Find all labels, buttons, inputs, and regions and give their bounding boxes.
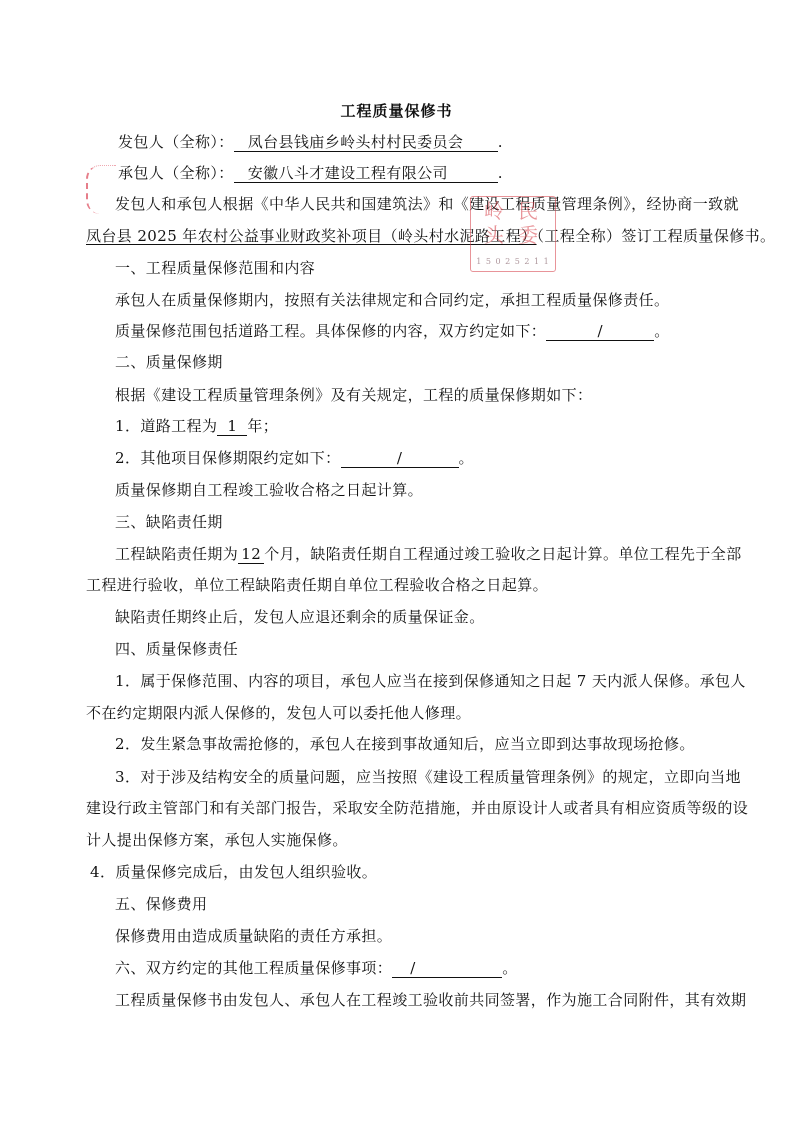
- project-name: 凤台县 2025 年农村公益事业财政奖补项目（岭头村水泥路工程）: [86, 227, 537, 245]
- section-4-item-1-line-2: 不在约定期限内派人保修的，发包人可以委托他人修理。: [86, 703, 471, 723]
- intro-line-1: 发包人和承包人根据《中华人民共和国建筑法》和《建设工程质量管理条例》，经协商一致…: [115, 194, 739, 214]
- employer-line: 发包人（全称）：凤台县钱庙乡岭头村村民委员会.: [118, 132, 503, 152]
- section-3-paragraph-1-line-2: 工程进行验收，单位工程缺陷责任期自单位工程验收合格之日起算。: [86, 575, 548, 595]
- intro-line-2: 凤台县 2025 年农村公益事业财政奖补项目（岭头村水泥路工程）（工程全称）签订…: [86, 226, 775, 246]
- section-4-item-3-line-3: 计人提出保修方案，承包人实施保修。: [86, 830, 348, 850]
- contractor-line: 承包人（全称）：安徽八斗才建设工程有限公司.: [118, 163, 503, 183]
- employer-suffix: .: [498, 133, 503, 151]
- section-2-item-2: 2．其他项目保修期限约定如下：/。: [115, 448, 474, 468]
- other-warranty-blank-field: /: [341, 449, 459, 468]
- stamp-code: 1 5 0 2 5 2 1 1: [471, 257, 555, 267]
- partial-seal-stamp-left-margin: [86, 165, 116, 214]
- closing-paragraph: 工程质量保修书由发包人、承包人在工程竣工验收前共同签署，作为施工合同附件，其有效…: [115, 990, 746, 1010]
- section-1-heading: 一、工程质量保修范围和内容: [115, 258, 315, 278]
- section-6-heading: 六、双方约定的其他工程质量保修事项：/。: [115, 958, 518, 978]
- defect-liability-months-field: 12: [238, 545, 264, 564]
- employer-label: 发包人（全称）：: [118, 133, 234, 151]
- section-5-paragraph-1: 保修费用由造成质量缺陷的责任方承担。: [115, 926, 392, 946]
- section-3-paragraph-2: 缺陷责任期终止后，发包人应退还剩余的质量保证金。: [115, 607, 485, 627]
- section-4-item-3: 3．对于涉及结构安全的质量问题，应当按照《建设工程质量管理条例》的规定，立即向当…: [115, 767, 741, 787]
- contractor-label: 承包人（全称）：: [118, 164, 234, 182]
- section-4-item-3-line-2: 建设行政主管部门和有关部门报告，采取安全防范措施，并由原设计人或者具有相应资质等…: [86, 798, 748, 818]
- road-warranty-years-field: 1: [217, 417, 247, 436]
- section-3-heading: 三、缺陷责任期: [115, 512, 223, 532]
- contractor-suffix: .: [498, 164, 503, 182]
- section-2-item-1: 1．道路工程为1年；: [115, 416, 278, 436]
- section-4-heading: 四、质量保修责任: [115, 639, 238, 659]
- scope-blank-field: /: [546, 322, 654, 341]
- document-title: 工程质量保修书: [0, 100, 793, 121]
- section-2-paragraph-1: 根据《建设工程质量管理条例》及有关规定，工程的质量保修期如下：: [115, 385, 592, 405]
- section-4-item-4: 4．质量保修完成后，由发包人组织验收。: [90, 862, 377, 882]
- other-matters-blank-field: /: [392, 959, 502, 978]
- section-4-item-1: 1．属于保修范围、内容的项目，承包人应当在接到保修通知之日起 7 天内派人保修。…: [115, 671, 746, 691]
- section-3-paragraph-1: 工程缺陷责任期为12个月，缺陷责任期自工程通过竣工验收之日起计算。单位工程先于全…: [115, 544, 742, 564]
- section-2-heading: 二、质量保修期: [115, 352, 223, 372]
- employer-name-field: 凤台县钱庙乡岭头村村民委员会: [234, 133, 498, 152]
- section-2-paragraph-end: 质量保修期自工程竣工验收合格之日起计算。: [115, 480, 423, 500]
- section-5-heading: 五、保修费用: [115, 894, 207, 914]
- intro-line-2-tail: （工程全称）签订工程质量保修书。: [537, 227, 776, 245]
- contractor-name-field: 安徽八斗才建设工程有限公司: [234, 164, 498, 183]
- section-1-paragraph-2: 质量保修范围包括道路工程。具体保修的内容，双方约定如下：/。: [115, 321, 670, 341]
- section-1-paragraph-1: 承包人在质量保修期内，按照有关法律规定和合同约定，承担工程质量保修责任。: [115, 290, 669, 310]
- section-4-item-2: 2．发生紧急事故需抢修的，承包人在接到事故通知后，应当立即到达事故现场抢修。: [115, 734, 695, 754]
- document-page: 工程质量保修书 发包人（全称）：凤台县钱庙乡岭头村村民委员会. 承包人（全称）：…: [0, 0, 793, 1122]
